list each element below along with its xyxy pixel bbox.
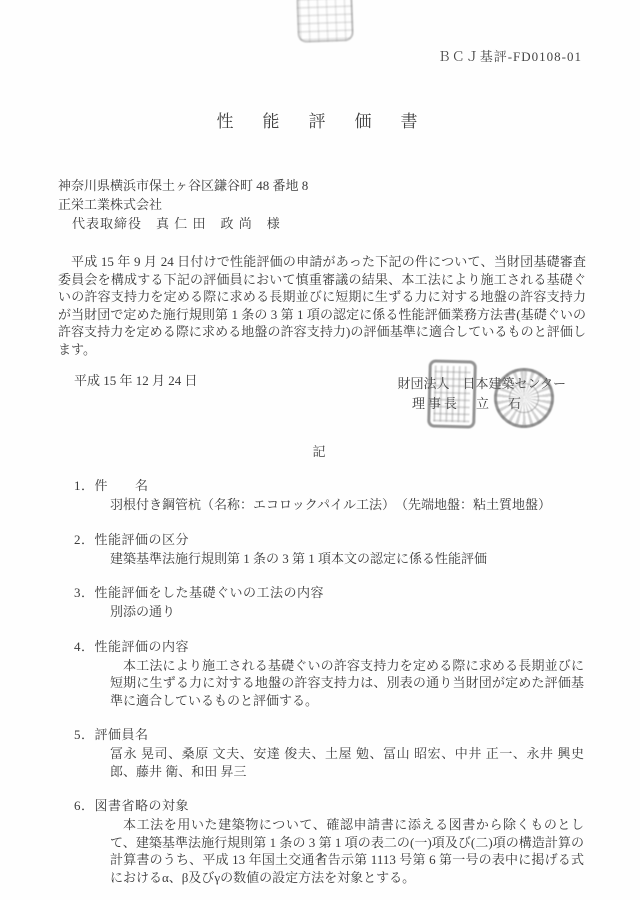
section-body: 建築基準法施行規則第 1 条の 3 第 1 項本文の認定に係る性能評価	[110, 550, 584, 568]
section-body: 別添の通り	[110, 603, 584, 621]
evaluation-statement-paragraph: 平成 15 年 9 月 24 日付けで性能評価の申請があった下記の件について、当…	[58, 253, 586, 358]
section-number: 1．	[74, 478, 95, 493]
sections-list: 1．件 名 羽根付き鋼管杭（名称：エコロックパイル工法） （先端地盤：粘土質地盤…	[0, 475, 640, 886]
section-evaluation-content: 4．性能評価の内容 本工法により施工される基礎ぐいの許容支持力を定める際に求める…	[0, 636, 640, 710]
chairman-round-seal-icon	[494, 368, 554, 428]
section-method-content: 3．性能評価をした基礎ぐいの工法の内容 別添の通り	[0, 582, 640, 621]
section-number: 3．	[74, 585, 95, 600]
section-body: 冨永 晃司、桑原 文夫、安達 俊夫、土屋 勉、冨山 昭宏、中井 正一、永井 興史…	[110, 745, 584, 780]
section-heading: 評価員名	[95, 727, 149, 742]
section-body: 本工法により施工される基礎ぐいの許容支持力を定める際に求める長期並びに短期に生ず…	[110, 657, 584, 710]
corporate-square-seal-icon	[427, 359, 477, 428]
section-evaluator-names: 5．評価員名 冨永 晃司、桑原 文夫、安達 俊夫、土屋 勉、冨山 昭宏、中井 正…	[0, 724, 640, 780]
section-number: 5．	[74, 727, 95, 742]
section-heading: 性能評価の区分	[95, 532, 190, 547]
section-omitted-documents: 6．図書省略の対象 本工法を用いた建築物について、確認申請書に添える図書から除く…	[0, 795, 640, 886]
section-body: 羽根付き鋼管杭（名称：エコロックパイル工法） （先端地盤：粘土質地盤）	[110, 496, 584, 514]
recipient-address: 神奈川県横浜市保土ヶ谷区鎌谷町 48 番地 8	[58, 176, 640, 195]
issuer-block: 財団法人 日本建築センター 理事長 立 石	[0, 374, 640, 414]
document-page: ＢＣＪ基評-FD0108-01 性 能 評 価 書 神奈川県横浜市保土ヶ谷区鎌谷…	[0, 0, 640, 900]
section-heading: 件 名	[95, 478, 149, 493]
recipient-company: 正栄工業株式会社	[58, 195, 640, 214]
section-heading: 性能評価の内容	[95, 639, 190, 654]
section-subject: 1．件 名 羽根付き鋼管杭（名称：エコロックパイル工法） （先端地盤：粘土質地盤…	[0, 475, 640, 514]
section-number: 6．	[74, 798, 95, 813]
section-heading: 図書省略の対象	[95, 798, 190, 813]
section-heading: 性能評価をした基礎ぐいの工法の内容	[95, 585, 325, 600]
recipient-representative: 代表取締役 真 仁 田 政 尚 様	[58, 214, 640, 233]
page-number: 1	[0, 849, 640, 864]
section-number: 2．	[74, 532, 95, 547]
record-heading: 記	[0, 441, 640, 460]
section-evaluation-category: 2．性能評価の区分 建築基準法施行規則第 1 条の 3 第 1 項本文の認定に係…	[0, 529, 640, 568]
recipient-block: 神奈川県横浜市保土ヶ谷区鎌谷町 48 番地 8 正栄工業株式会社 代表取締役 真…	[58, 176, 640, 233]
section-number: 4．	[74, 639, 95, 654]
page-title: 性 能 評 価 書	[0, 107, 640, 132]
top-partial-stamp-icon	[296, 0, 354, 43]
